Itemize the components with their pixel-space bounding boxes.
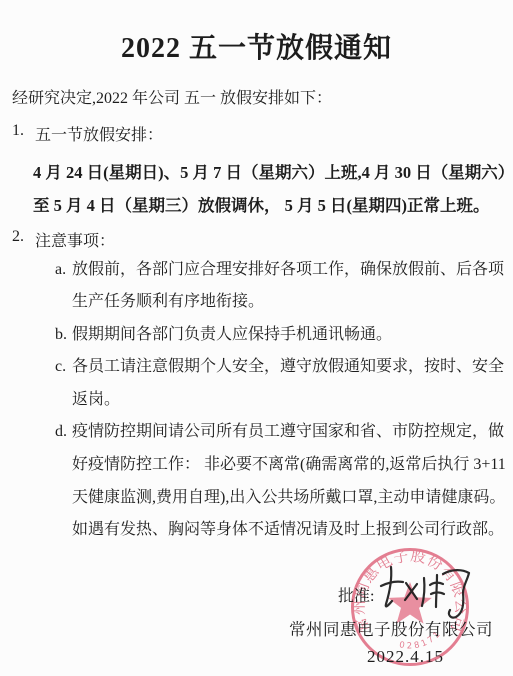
approve-label: 批准: xyxy=(338,583,374,606)
note-c-label: c. xyxy=(55,351,72,416)
company-name: 常州同惠电子股份有限公司 xyxy=(289,616,493,640)
note-item-d: d. 疫情防控期间请公司所有员工遵守国家和省、市防控规定，做 好疫情防控工作： … xyxy=(55,416,513,546)
note-b-line-1: 假期期间各部门负责人应保持手机通讯畅通。 xyxy=(72,319,392,352)
signature-stroke xyxy=(443,570,469,617)
signature-stroke xyxy=(436,575,437,607)
note-a-label: a. xyxy=(55,254,72,319)
note-c-line-2: 返岗。 xyxy=(72,384,504,417)
note-b-label: b. xyxy=(55,319,72,352)
holiday-arrangement: 4 月 24 日(星期日)、5 月 7 日（星期六）上班,4 月 30 日（星期… xyxy=(33,156,513,222)
section-1-heading: 1. 五一节放假安排： xyxy=(12,122,513,145)
section-1-number: 1. xyxy=(12,122,35,145)
notice-title: 2022 五一节放假通知 xyxy=(0,19,513,66)
note-c-line-1: 各员工请注意假期个人安全，遵守放假通知要求，按时、安全 xyxy=(72,351,504,384)
note-d-line-2: 好疫情防控工作： 非必要不离常(确需离常的,返常后执行 3+11 xyxy=(72,449,506,482)
note-d-line-4: 如遇有发热、胸闷等身体不适情况请及时上报到公司行政部。 xyxy=(72,514,506,547)
signature-stroke xyxy=(430,583,444,594)
notes-list: a. 放假前，各部门应合理安排好各项工作，确保放假前、后各项 生产任务顺利有序地… xyxy=(55,254,513,547)
intro-line: 经研究决定,2022 年公司 五一 放假安排如下： xyxy=(12,85,499,108)
holiday-line-1: 4 月 24 日(星期日)、5 月 7 日（星期六）上班,4 月 30 日（星期… xyxy=(33,156,513,189)
signature-stroke xyxy=(422,578,424,606)
holiday-line-2: 至 5 月 4 日（星期三）放假调休， 5 月 5 日(星期四)正常上班。 xyxy=(33,189,513,222)
section-2-heading: 2. 注意事项： xyxy=(12,228,513,251)
section-2-number: 2. xyxy=(12,228,35,251)
approval-date: 2022.4.15 xyxy=(367,647,444,667)
note-item-b: b. 假期期间各部门负责人应保持手机通讯畅通。 xyxy=(55,319,513,352)
note-item-a: a. 放假前，各部门应合理安排好各项工作，确保放假前、后各项 生产任务顺利有序地… xyxy=(55,254,513,319)
section-1-title: 五一节放假安排： xyxy=(35,122,163,145)
signature-stroke xyxy=(381,582,403,586)
signature-stroke xyxy=(386,567,392,606)
note-item-c: c. 各员工请注意假期个人安全，遵守放假通知要求，按时、安全 返岗。 xyxy=(55,351,513,416)
notice-document: 常州同惠电子股份有限公司 028171 2022 五一节放假通知 经研究决定,2… xyxy=(0,0,513,676)
section-2-title: 注意事项： xyxy=(35,228,115,251)
note-d-line-1: 疫情防控期间请公司所有员工遵守国家和省、市防控规定，做 xyxy=(72,416,506,449)
note-d-line-3: 天健康监测,费用自理),出入公共场所戴口罩,主动申请健康码。 xyxy=(72,482,506,515)
note-a-line-1: 放假前，各部门应合理安排好各项工作，确保放假前、后各项 xyxy=(72,254,504,287)
signature-stroke xyxy=(405,583,417,600)
note-a-line-2: 生产任务顺利有序地衔接。 xyxy=(72,286,504,319)
note-d-label: d. xyxy=(55,416,72,546)
